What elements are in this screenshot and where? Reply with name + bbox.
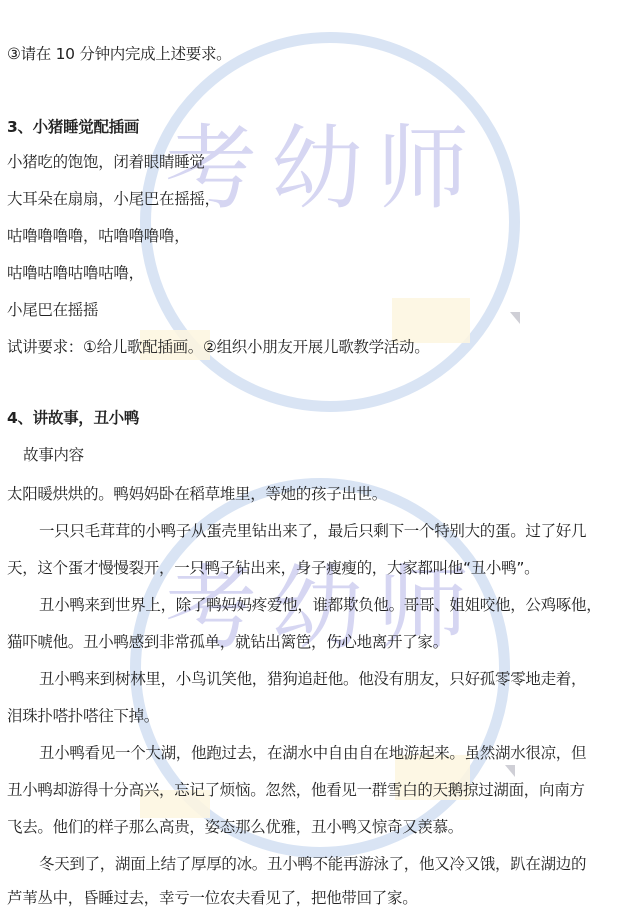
poem-line: 咕噜噜噜噜，咕噜噜噜噜， <box>7 226 189 246</box>
poem-line: 咕噜咕噜咕噜咕噜， <box>7 263 144 283</box>
story-line: 一只只毛茸茸的小鸭子从蛋壳里钻出来了，最后只剩下一个特别大的蛋。过了好几 <box>39 521 586 541</box>
story-line: 丑小鸭来到世界上，除了鸭妈妈疼爱他，谁都欺负他。哥哥、姐姐咬他，公鸡啄他， <box>39 595 601 615</box>
story-line: 猫吓唬他。丑小鸭感到非常孤单，就钻出篱笆，伤心地离开了家。 <box>7 632 448 652</box>
section-3-heading: 3、小猪睡觉配插画 <box>7 117 139 137</box>
section-4-heading: 4、讲故事，丑小鸭 <box>7 408 139 428</box>
story-line: 丑小鸭来到树林里，小鸟讥笑他，猎狗追赶他。他没有朋友，只好孤零零地走着， <box>39 669 586 689</box>
story-line: 芦苇丛中，昏睡过去，幸亏一位农夫看见了，把他带回了家。 <box>7 888 417 908</box>
poem-line: 小尾巴在摇摇 <box>7 300 98 320</box>
section-3-requirement: 试讲要求：①给儿歌配插画。②组织小朋友开展儿歌教学活动。 <box>7 337 429 357</box>
story-line: 飞去。他们的样子那么高贵，姿态那么优雅，丑小鸭又惊奇又羡慕。 <box>7 817 463 837</box>
story-line: 泪珠扑嗒扑嗒往下掉。 <box>7 706 159 726</box>
story-line: 太阳暖烘烘的。鸭妈妈卧在稻草堆里，等她的孩子出世。 <box>7 484 387 504</box>
instruction-line: ③请在 10 分钟内完成上述要求。 <box>7 44 231 64</box>
poem-line: 大耳朵在扇扇，小尾巴在摇摇， <box>7 189 220 209</box>
story-line: 丑小鸭看见一个大湖，他跑过去，在湖水中自由自在地游起来。虽然湖水很凉，但 <box>39 743 586 763</box>
story-line: 天，这个蛋才慢慢裂开，一只鸭子钻出来，身子瘦瘦的，大家都叫他“丑小鸭”。 <box>7 558 539 578</box>
story-line: 冬天到了，湖面上结了厚厚的冰。丑小鸭不能再游泳了，他又冷又饿，趴在湖边的 <box>39 854 586 874</box>
story-line: 丑小鸭却游得十分高兴，忘记了烦恼。忽然，他看见一群雪白的天鹅掠过湖面，向南方 <box>7 780 585 800</box>
poem-line: 小猪吃的饱饱，闭着眼睛睡觉 <box>7 152 205 172</box>
section-4-subheading: 故事内容 <box>23 445 84 465</box>
watermark-triangle <box>505 765 515 777</box>
watermark-triangle <box>510 312 520 324</box>
